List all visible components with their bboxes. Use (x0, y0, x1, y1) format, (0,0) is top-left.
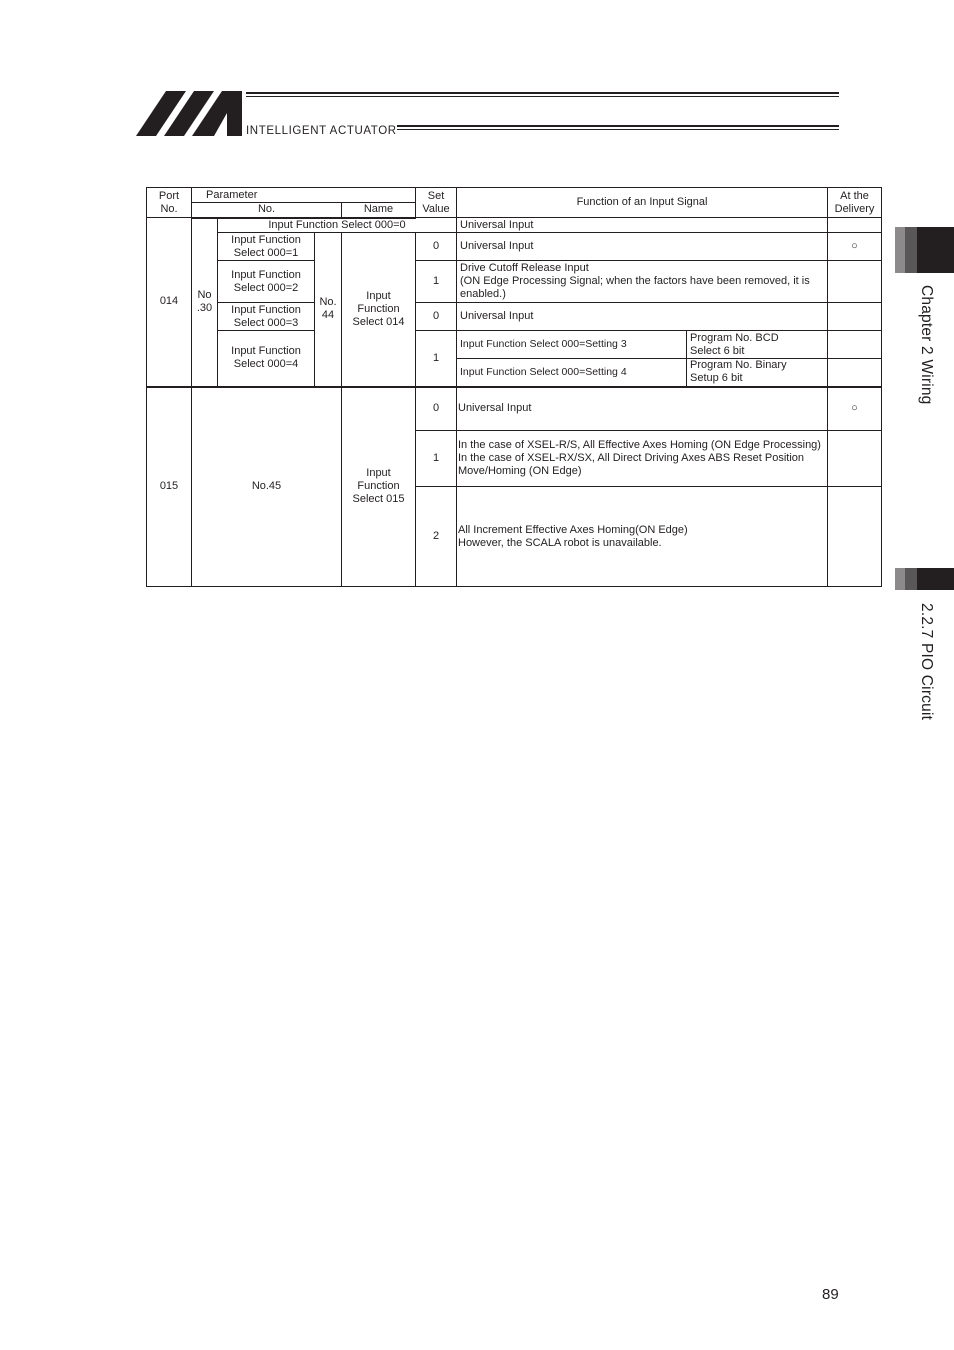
chapter-tab-marker (895, 227, 954, 273)
delivery-cell (828, 359, 882, 387)
section-tab-label: 2.2.7 PIO Circuit (917, 603, 935, 720)
set-value: 2 (416, 487, 457, 587)
select-000-1: Input Function Select 000=1 (218, 233, 315, 261)
set-value: 0 (416, 303, 457, 331)
brand-text: INTELLIGENT ACTUATOR (246, 125, 397, 137)
header-param-name: Name (342, 203, 416, 218)
param-name-014: Input Function Select 014 (342, 233, 416, 387)
select-000-4: Input Function Select 000=4 (218, 331, 315, 387)
set-value: 1 (416, 431, 457, 487)
section-tab-marker (895, 568, 954, 590)
function-cell: In the case of XSEL-R/S, All Effective A… (457, 431, 828, 487)
param-no-44: No. 44 (315, 233, 342, 387)
function-cell: Input Function Select 000=Setting 4 (457, 359, 687, 387)
delivery-cell: ○ (828, 233, 882, 261)
set-value: 0 (416, 387, 457, 431)
delivery-cell (828, 261, 882, 303)
set-value: 1 (416, 261, 457, 303)
chapter-tab-label: Chapter 2 Wiring (917, 285, 935, 405)
set-value: 1 (416, 331, 457, 387)
table-row: 014 No .30 Input Function Select 000=0 U… (147, 218, 882, 233)
delivery-cell (828, 303, 882, 331)
input-function-table: Port No. Parameter Set Value Function of… (146, 187, 882, 587)
header-rule-top-thin (246, 96, 839, 97)
function-cell: Input Function Select 000=Setting 3 (457, 331, 687, 359)
delivery-cell: ○ (828, 387, 882, 431)
select-000-3: Input Function Select 000=3 (218, 303, 315, 331)
table-row: Input Function Select 000=2 1 Drive Cuto… (147, 261, 882, 303)
function-cell: Universal Input (457, 303, 828, 331)
table-row: Input Function Select 000=3 0 Universal … (147, 303, 882, 331)
header-port-no: Port No. (147, 188, 192, 218)
header-row-1: Port No. Parameter Set Value Function of… (147, 188, 882, 203)
table-row: Input Function Select 000=4 1 Input Func… (147, 331, 882, 359)
function-cell: Drive Cutoff Release Input (ON Edge Proc… (457, 261, 828, 303)
function-detail: Program No. Binary Setup 6 bit (687, 359, 828, 387)
param-no-45: No.45 (192, 387, 342, 587)
port-014: 014 (147, 218, 192, 387)
select-000-2: Input Function Select 000=2 (218, 261, 315, 303)
set-value: 0 (416, 233, 457, 261)
delivery-cell (828, 487, 882, 587)
param-name-015: Input Function Select 015 (342, 387, 416, 587)
delivery-cell (828, 331, 882, 359)
header-set-value: Set Value (416, 188, 457, 218)
header-rule-bottom-thin (397, 129, 839, 130)
function-cell: All Increment Effective Axes Homing(ON E… (457, 487, 828, 587)
iai-logo-icon (136, 91, 244, 136)
header-at-delivery: At the Delivery (828, 188, 882, 218)
param-no-30: No .30 (192, 218, 218, 387)
delivery-cell (828, 218, 882, 233)
delivery-cell (828, 431, 882, 487)
header-parameter: Parameter (192, 188, 416, 203)
header-rule-bottom-thick (397, 125, 839, 127)
table-row: 015 No.45 Input Function Select 015 0 Un… (147, 387, 882, 431)
header-rule-top-thick (246, 92, 839, 94)
function-detail: Program No. BCD Select 6 bit (687, 331, 828, 359)
select-000-0: Input Function Select 000=0 (218, 218, 457, 233)
table-row: Input Function Select 000=1 No. 44 Input… (147, 233, 882, 261)
function-cell: Universal Input (457, 218, 828, 233)
page-number: 89 (822, 1286, 839, 1303)
header-function: Function of an Input Signal (457, 188, 828, 218)
function-cell: Universal Input (457, 233, 828, 261)
port-015: 015 (147, 387, 192, 587)
function-cell: Universal Input (457, 387, 828, 431)
header-param-no: No. (192, 203, 342, 218)
